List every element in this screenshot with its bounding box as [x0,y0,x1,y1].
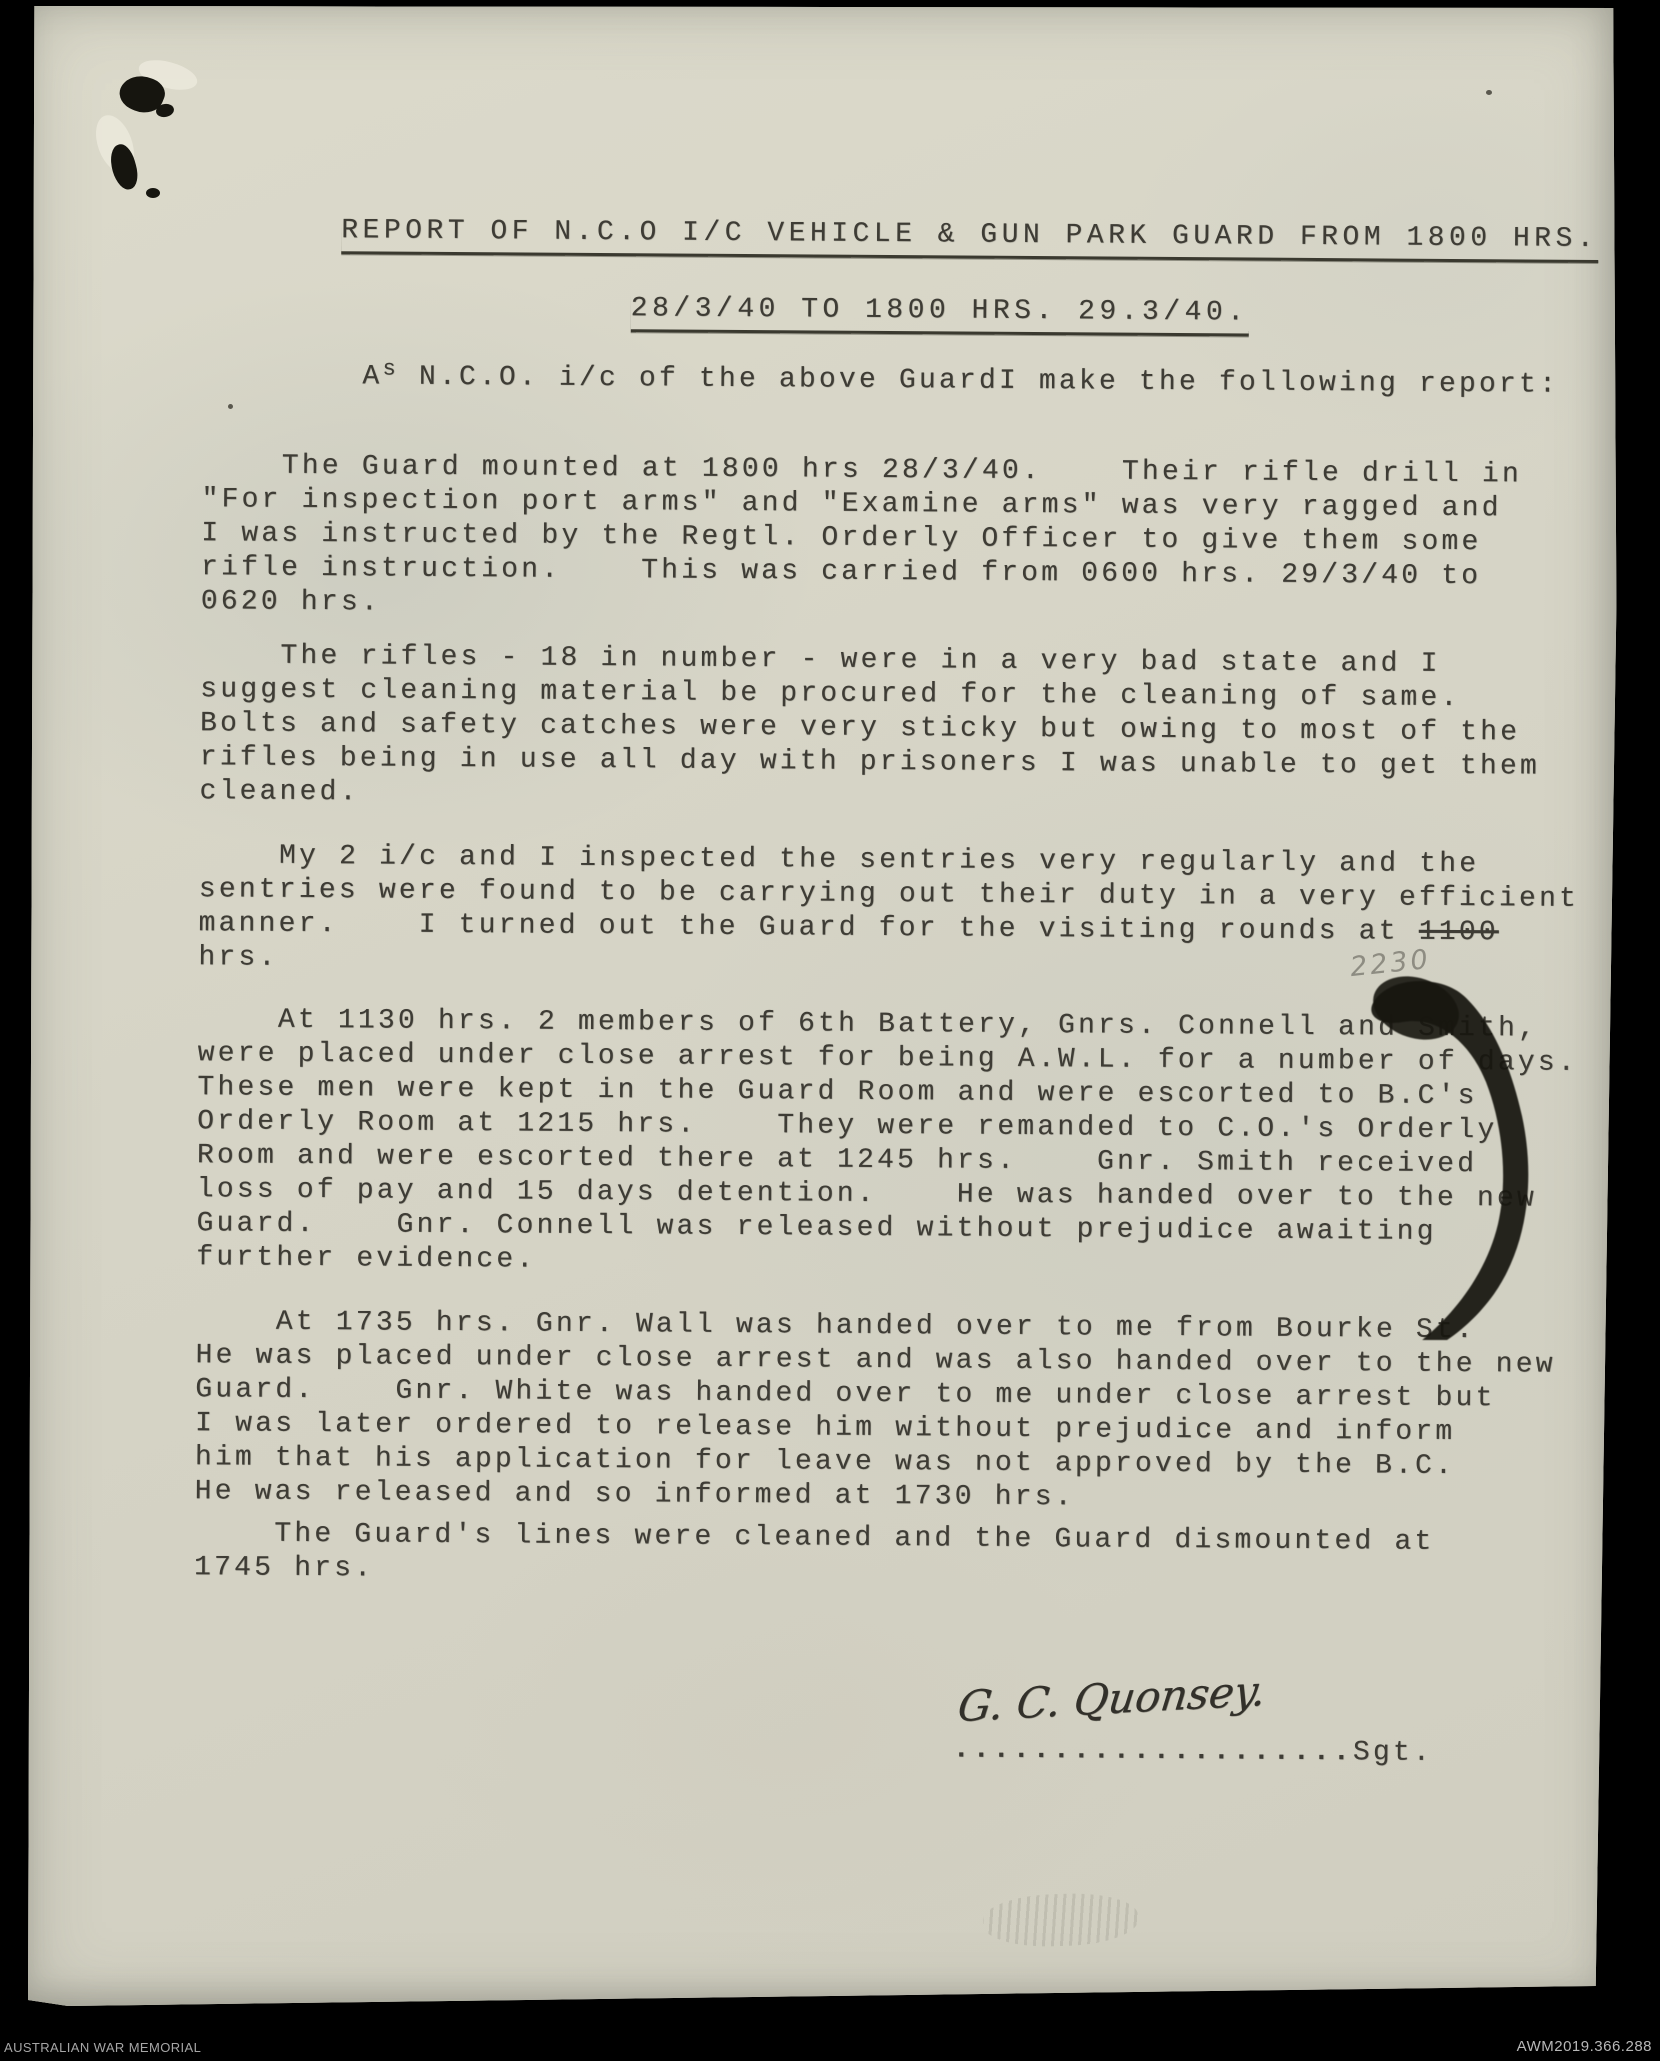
intro-lead: A [202,360,382,392]
struck-time: 1100 [1419,917,1499,949]
intro-rest: N.C.O. i/c of the above GuardI make the … [399,362,1559,401]
report-title-text-1: REPORT OF N.C.O I/C VEHICLE & GUN PARK G… [341,215,1598,263]
intro-superscript: s [382,356,399,381]
scanned-document-paper: REPORT OF N.C.O I/C VEHICLE & GUN PARK G… [28,6,1618,2006]
paragraph-rifles: The rifles - 18 in number - were in a ve… [199,639,1540,818]
intro-paragraph: As N.C.O. i/c of the above GuardI make t… [202,351,1559,402]
signature-dots: .................... [953,1734,1353,1768]
paragraph-gnr-wall: At 1735 hrs. Gnr. Wall was handed over t… [195,1305,1557,1518]
report-title-text-2: 28/3/40 TO 1800 HRS. 29.3/40. [631,293,1249,336]
sentries-text: My 2 i/c and I inspected the sentries ve… [198,840,1579,948]
paragraph-guard-mounted: The Guard mounted at 1800 hrs 28/3/40. T… [201,449,1522,628]
report-title-line-2: 28/3/40 TO 1800 HRS. 29.3/40. [503,261,1249,367]
paragraph-dismounted: The Guard's lines were cleaned and the G… [194,1517,1435,1594]
signature-rank: Sgt. [1353,1737,1433,1769]
catalog-number: AWM2019.366.288 [1517,2038,1652,2055]
ink-blot-mark [1358,968,1578,1340]
archive-watermark: AUSTRALIAN WAR MEMORIAL [4,2040,201,2055]
signature-line: ....................Sgt. [953,1734,1433,1768]
